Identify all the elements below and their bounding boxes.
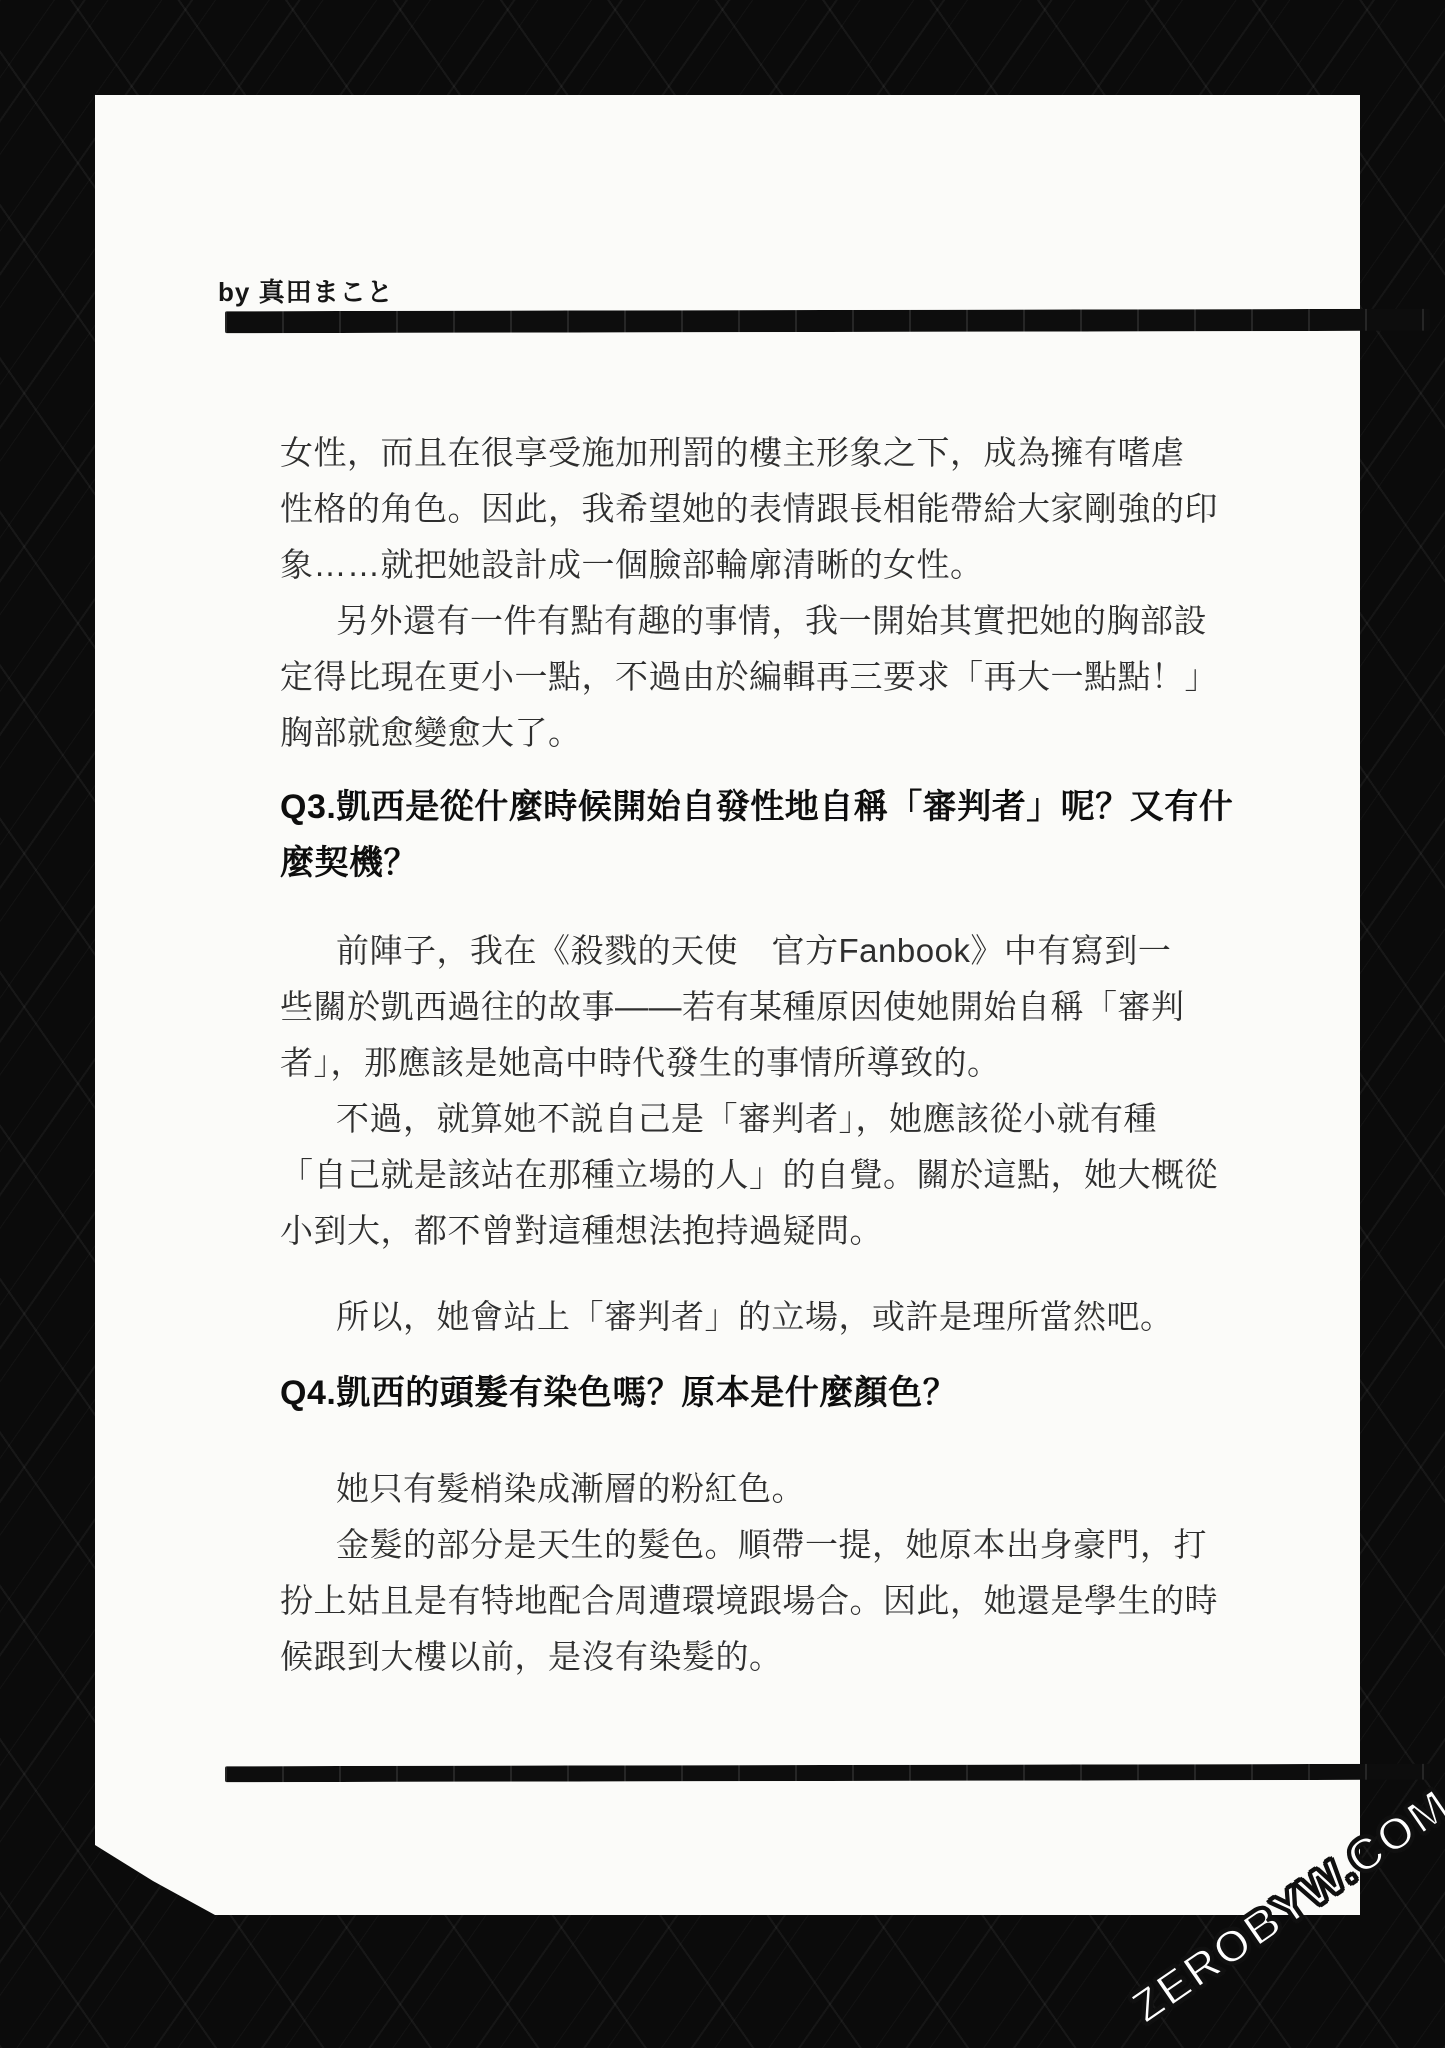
heading-line: Q4.凱西的頭髮有染色嗎？原本是什麼顏色？ [280, 1365, 957, 1421]
body-line: 她只有髮梢染成漸層的粉紅色。 [280, 1461, 1218, 1517]
body-line: 候跟到大樓以前，是沒有染髮的。 [280, 1629, 1218, 1685]
question-4-heading: Q4.凱西的頭髮有染色嗎？原本是什麼顏色？ [280, 1365, 957, 1421]
body-line: 另外還有一件有點有趣的事情，我一開始其實把她的胸部設 [280, 593, 1218, 649]
body-line: 所以，她會站上「審判者」的立場，或許是理所當然吧。 [280, 1289, 1174, 1345]
body-line: 象……就把她設計成一個臉部輪廓清晰的女性。 [280, 537, 1218, 593]
question-4-answer: 她只有髮梢染成漸層的粉紅色。 金髮的部分是天生的髮色。順帶一提，她原本出身豪門，… [280, 1461, 1218, 1685]
body-line: 扮上姑且是有特地配合周遭環境跟場合。因此，她還是學生的時 [280, 1573, 1218, 1629]
body-line: 金髮的部分是天生的髮色。順帶一提，她原本出身豪門，打 [280, 1517, 1218, 1573]
intro-paragraphs: 女性，而且在很享受施加刑罰的樓主形象之下，成為擁有嗜虐 性格的角色。因此，我希望… [280, 425, 1218, 761]
top-divider-rule [225, 309, 1430, 334]
body-line: 者」，那應該是她高中時代發生的事情所導致的。 [280, 1035, 1218, 1091]
body-line: 不過，就算她不説自己是「審判者」，她應該從小就有種 [280, 1091, 1218, 1147]
body-line: 胸部就愈變愈大了。 [280, 705, 1218, 761]
heading-line: Q3.凱西是從什麼時候開始自發性地自稱「審判者」呢？又有什 [280, 779, 1233, 835]
body-line: 「自己就是該站在那種立場的人」的自覺。關於這點，她大概從 [280, 1147, 1218, 1203]
body-line: 些關於凱西過往的故事——若有某種原因使她開始自稱「審判 [280, 979, 1218, 1035]
body-line: 小到大，都不曾對這種想法抱持過疑問。 [280, 1203, 1218, 1259]
author-byline: by 真田まこと [218, 272, 394, 309]
textured-border-background: by 真田まこと 女性，而且在很享受施加刑罰的樓主形象之下，成為擁有嗜虐 性格的… [0, 0, 1445, 2048]
question-3-heading: Q3.凱西是從什麼時候開始自發性地自稱「審判者」呢？又有什 麼契機？ [280, 779, 1233, 891]
heading-line: 麼契機？ [280, 835, 1233, 891]
body-line: 性格的角色。因此，我希望她的表情跟長相能帶給大家剛強的印 [280, 481, 1218, 537]
body-line: 女性，而且在很享受施加刑罰的樓主形象之下，成為擁有嗜虐 [280, 425, 1218, 481]
body-line: 定得比現在更小一點，不過由於編輯再三要求「再大一點點！」 [280, 649, 1218, 705]
question-3-answer-closing: 所以，她會站上「審判者」的立場，或許是理所當然吧。 [280, 1289, 1174, 1345]
bottom-divider-rule [225, 1764, 1430, 1783]
question-3-answer: 前陣子，我在《殺戮的天使 官方Fanbook》中有寫到一 些關於凱西過往的故事—… [280, 923, 1218, 1259]
body-line: 前陣子，我在《殺戮的天使 官方Fanbook》中有寫到一 [280, 923, 1218, 979]
